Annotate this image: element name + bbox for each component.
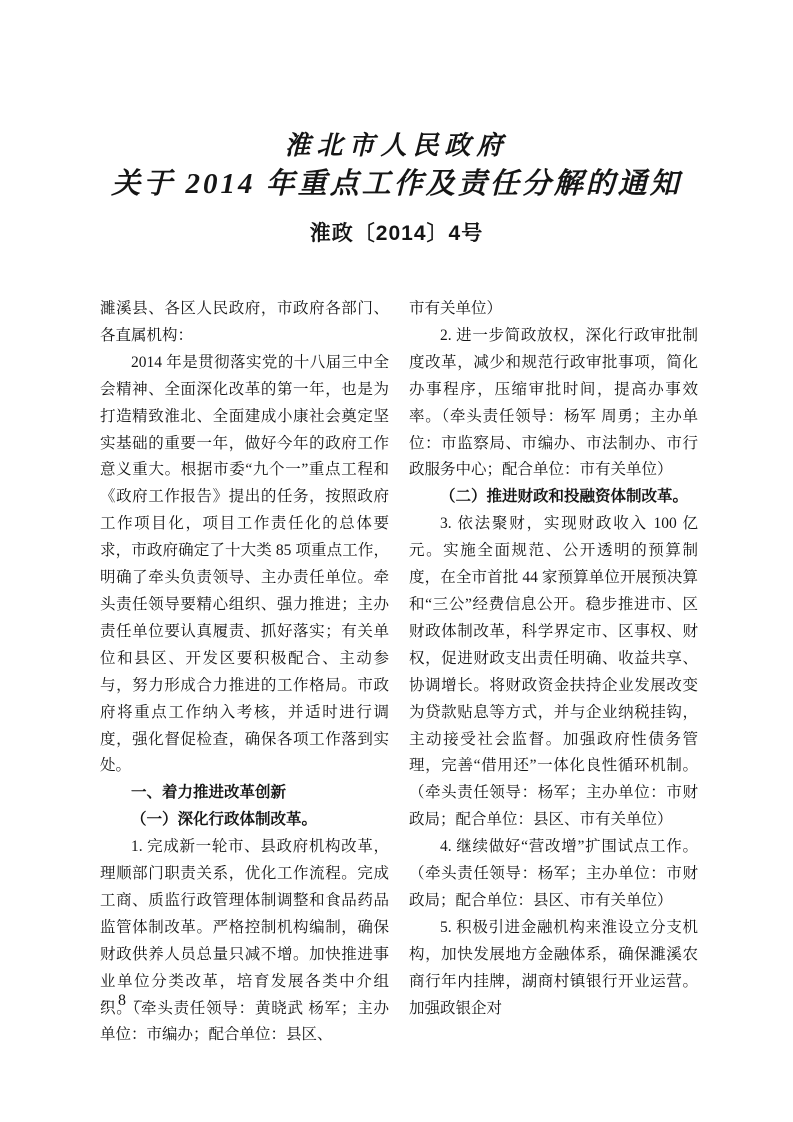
document-number: 淮政〔2014〕4号 <box>60 217 733 247</box>
item-1-paragraph: 1. 完成新一轮市、县政府机构改革，理顺部门职责关系，优化工作流程。完成工商、质… <box>100 834 389 1049</box>
section-1-1-heading: （一）深化行政体制改革。 <box>100 807 389 834</box>
section-1-2-heading: （二）推进财政和投融资体制改革。 <box>409 484 698 511</box>
document-header: 淮北市人民政府 关于 2014 年重点工作及责任分解的通知 淮政〔2014〕4号 <box>60 130 733 247</box>
item-2-paragraph: 2. 进一步简政放权，深化行政审批制度改革，减少和规范行政审批事项，简化办事程序… <box>409 323 698 484</box>
item-5-paragraph: 5. 积极引进金融机构来淮设立分支机构，加快发展地方金融体系，确保濉溪农商行年内… <box>409 915 698 1023</box>
page-number: – 8 – <box>102 992 144 1010</box>
issuer-name: 淮北市人民政府 <box>60 130 733 162</box>
item-4-paragraph: 4. 继续做好“营改增”扩围试点工作。（牵头责任领导：杨军；主办单位：市财政局；… <box>409 834 698 915</box>
body-left-column: 濉溪县、各区人民政府，市政府各部门、各直属机构： 2014 年是贯彻落实党的十八… <box>100 296 389 1049</box>
intro-paragraph: 2014 年是贯彻落实党的十八届三中全会精神、全面深化改革的第一年，也是为打造精… <box>100 350 389 781</box>
item-1-continuation: 市有关单位） <box>409 296 698 323</box>
document-page: 淮北市人民政府 关于 2014 年重点工作及责任分解的通知 淮政〔2014〕4号… <box>0 0 793 1122</box>
notice-title: 关于 2014 年重点工作及责任分解的通知 <box>60 166 733 202</box>
document-body: 濉溪县、各区人民政府，市政府各部门、各直属机构： 2014 年是贯彻落实党的十八… <box>100 296 698 1049</box>
body-right-column: 市有关单位） 2. 进一步简政放权，深化行政审批制度改革，减少和规范行政审批事项… <box>409 296 698 1049</box>
item-3-paragraph: 3. 依法聚财，实现财政收入 100 亿元。实施全面规范、公开透明的预算制度，在… <box>409 511 698 834</box>
section-1-heading: 一、着力推进改革创新 <box>100 780 389 807</box>
salutation-paragraph: 濉溪县、各区人民政府，市政府各部门、各直属机构： <box>100 296 389 350</box>
